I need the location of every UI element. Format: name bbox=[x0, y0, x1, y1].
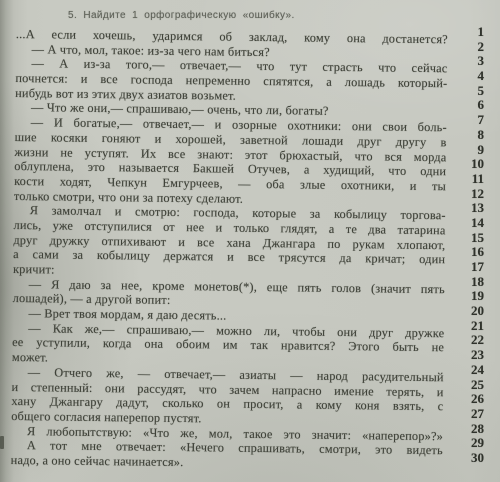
line-number: 28 bbox=[458, 422, 484, 437]
exercise-title: 5. Найдите 1 орфографическую «ошибку». bbox=[68, 10, 295, 21]
line-number: 15 bbox=[458, 231, 484, 246]
line-numbers-column: 1234567891011121314151617181920212223242… bbox=[458, 25, 484, 466]
line-number: 12 bbox=[458, 187, 484, 202]
line-number: 18 bbox=[458, 275, 484, 290]
line-number: 17 bbox=[458, 260, 484, 275]
line-number: 10 bbox=[458, 157, 484, 172]
line-number: 11 bbox=[458, 172, 484, 187]
text-column: ...А если хочешь, ударимся об заклад, ко… bbox=[11, 27, 448, 473]
line-number: 2 bbox=[458, 40, 484, 55]
line-number: 6 bbox=[458, 98, 484, 113]
line-number: 8 bbox=[458, 128, 484, 143]
line-number: 23 bbox=[458, 348, 484, 363]
line-number: 14 bbox=[458, 216, 484, 231]
line-number: 19 bbox=[458, 289, 484, 304]
scanned-book-page: 5. Найдите 1 орфографическую «ошибку». .… bbox=[0, 0, 500, 482]
line-number: 7 bbox=[458, 113, 484, 128]
line-number: 26 bbox=[458, 392, 484, 407]
line-number: 3 bbox=[458, 54, 484, 69]
line-number: 27 bbox=[458, 407, 484, 422]
line-number: 1 bbox=[458, 25, 484, 40]
line-number: 21 bbox=[458, 319, 484, 334]
line-number: 29 bbox=[458, 436, 484, 451]
line-number: 13 bbox=[458, 201, 484, 216]
line-number: 22 bbox=[458, 333, 484, 348]
line-number: 24 bbox=[458, 363, 484, 378]
line-number: 16 bbox=[458, 245, 484, 260]
line-number: 9 bbox=[458, 143, 484, 158]
line-number: 20 bbox=[458, 304, 484, 319]
line-number: 25 bbox=[458, 378, 484, 393]
line-number: 5 bbox=[458, 84, 484, 99]
line-number: 4 bbox=[458, 69, 484, 84]
page-edge-mark bbox=[0, 436, 4, 449]
line-number: 30 bbox=[458, 451, 484, 466]
